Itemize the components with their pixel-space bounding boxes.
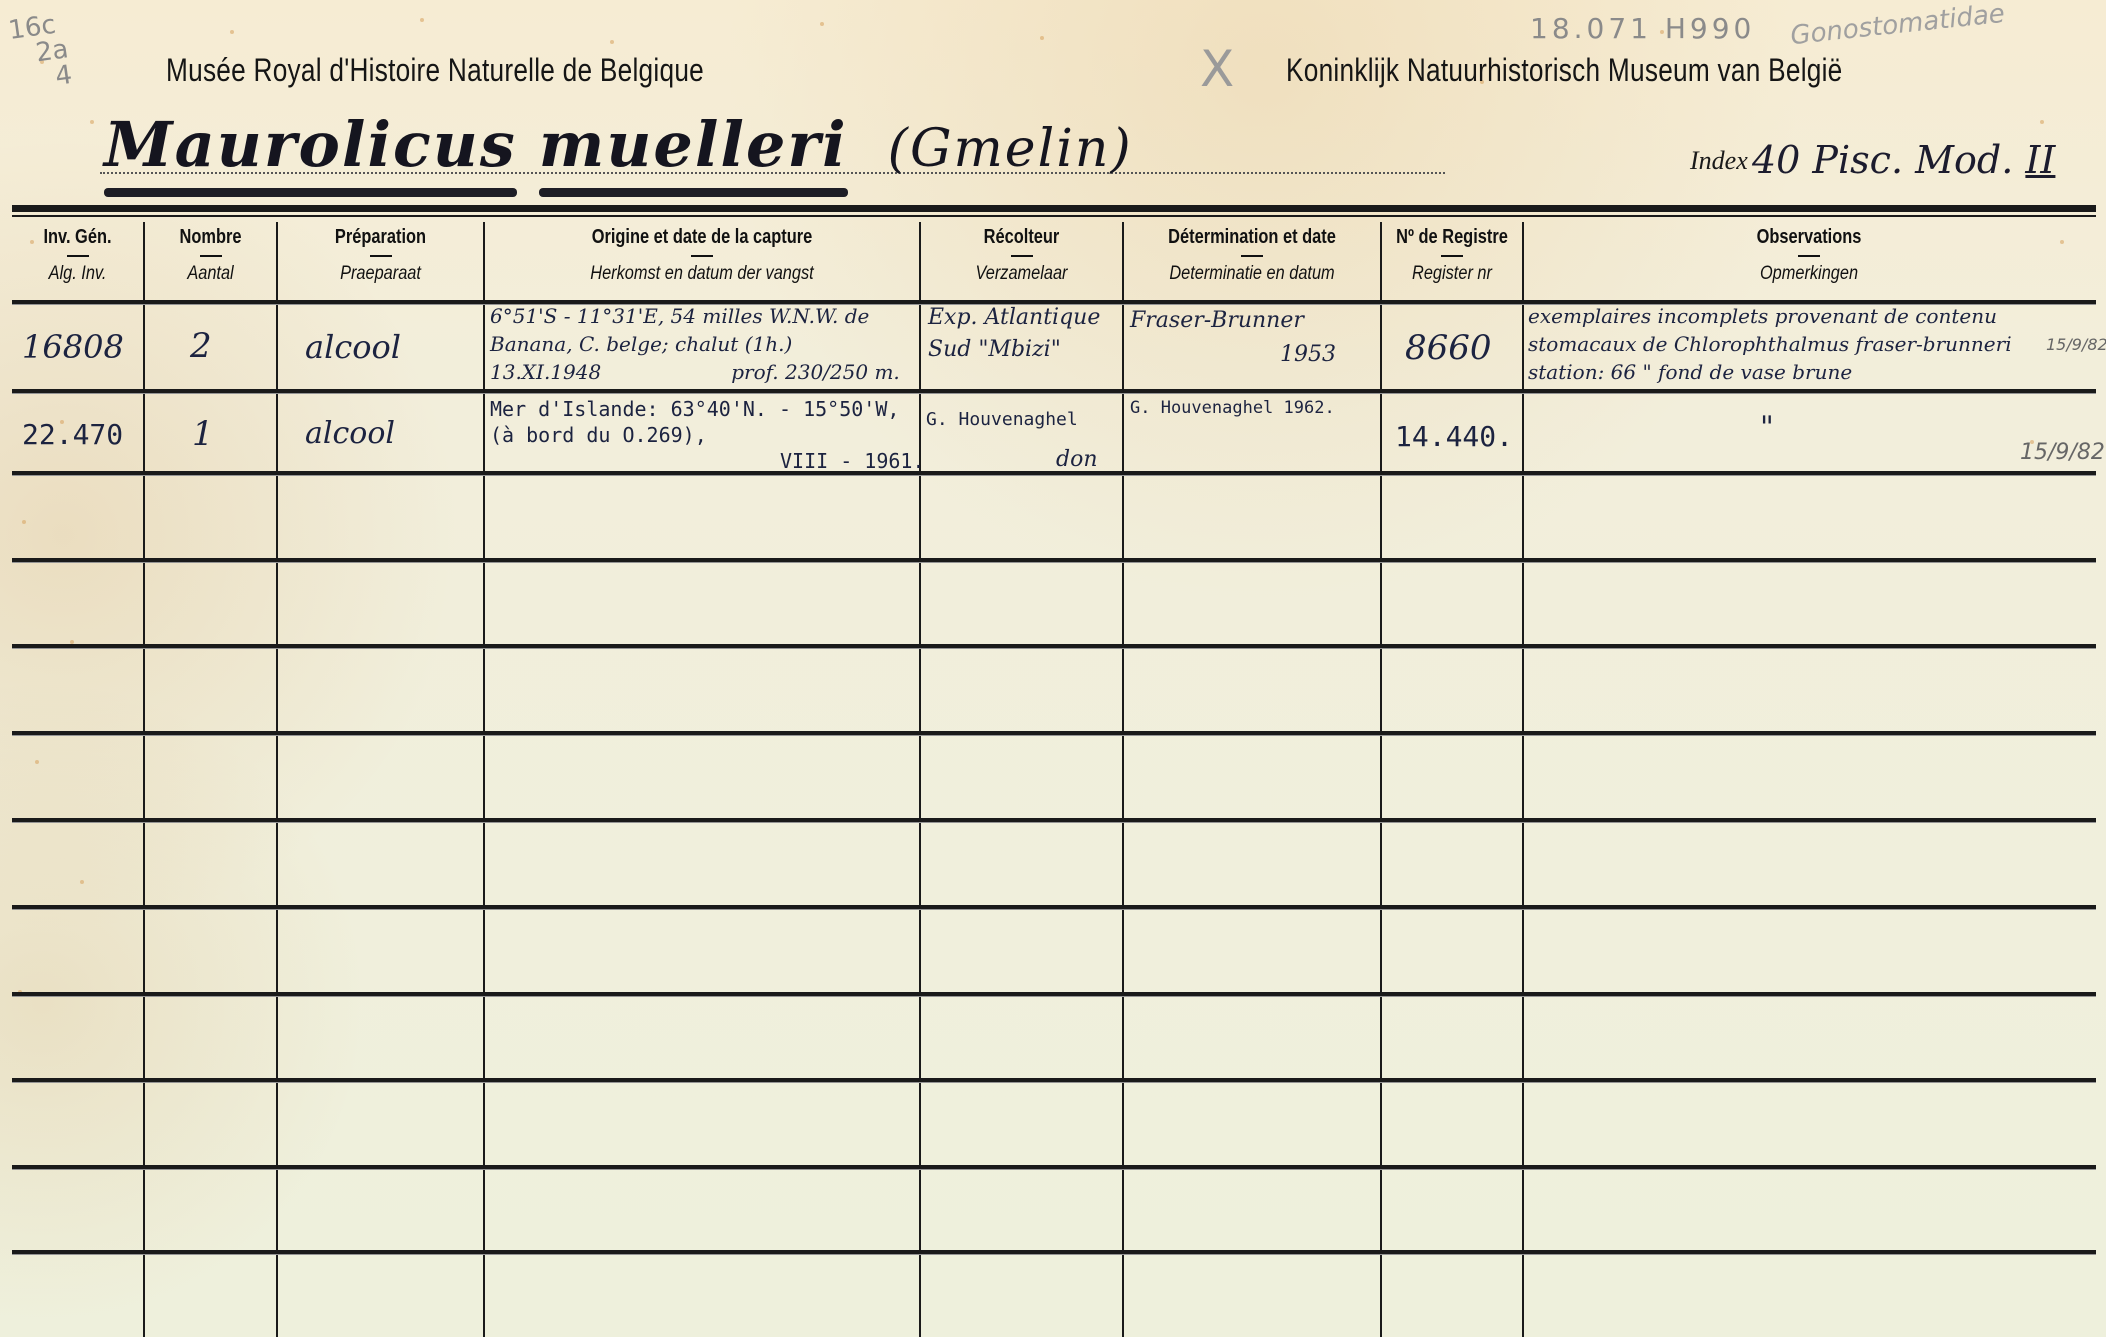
- header-thin-rule: [12, 215, 2096, 217]
- column-header-collector: RécolteurVerzamelaar: [921, 226, 1122, 298]
- row-rule: [12, 1165, 2096, 1170]
- pencil-family-name: Gonostomatidae: [1789, 0, 2006, 51]
- column-header-count: NombreAantal: [145, 226, 276, 298]
- row-rule: [12, 389, 2096, 394]
- species-epithet: muelleri: [539, 108, 848, 181]
- pencil-catalogue-number: 18.071 H990: [1530, 12, 1755, 45]
- row-rule: [12, 731, 2096, 736]
- row-rule: [12, 905, 2096, 910]
- row-rule: [12, 1078, 2096, 1083]
- row-rule: [12, 992, 2096, 997]
- index-label: Index: [1690, 146, 1748, 176]
- cell-inventory: 16808: [22, 328, 124, 366]
- species-genus: Maurolicus: [104, 108, 517, 181]
- cell-determination: Fraser-Brunner 1953: [1130, 304, 1336, 372]
- column-header-determination: Détermination et dateDeterminatie en dat…: [1124, 226, 1380, 298]
- cell-count: 2: [190, 326, 212, 366]
- observation-date-note: 15/9/82: [2046, 335, 2106, 354]
- pencil-shelf-code: 16c 2a 4: [7, 10, 74, 95]
- specimen-index-card: 16c 2a 4 X 18.071 H990 Gonostomatidae Mu…: [0, 0, 2106, 1337]
- cell-register: 14.440.: [1395, 420, 1513, 453]
- cell-determination: G. Houvenaghel 1962.: [1130, 398, 1335, 418]
- cell-register: 8660: [1405, 328, 1492, 368]
- cell-preparation: alcool: [305, 328, 401, 366]
- species-author: (Gmelin): [888, 119, 1133, 179]
- cell-origin: Mer d'Islande: 63°40'N. - 15°50'W, (à bo…: [490, 396, 925, 474]
- column-header-observations: ObservationsOpmerkingen: [1524, 226, 2094, 298]
- institution-name-nl: Koninklijk Natuurhistorisch Museum van B…: [1286, 52, 1843, 89]
- column-header-register: Nº de RegistreRegister nr: [1382, 226, 1522, 298]
- cell-collector: Exp. Atlantique Sud "Mbizi": [928, 302, 1100, 366]
- column-header-preparation: PréparationPraeparaat: [278, 226, 483, 298]
- row-rule: [12, 818, 2096, 823]
- row-rule: [12, 1250, 2096, 1255]
- column-header-origin: Origine et date de la captureHerkomst en…: [485, 226, 919, 298]
- index-value-suffix: II: [2025, 138, 2055, 182]
- row-rule: [12, 644, 2096, 649]
- cell-origin: 6°51'S - 11°31'E, 54 milles W.N.W. de Ba…: [490, 302, 900, 386]
- cell-observations: exemplaires incomplets provenant de cont…: [1528, 302, 2012, 386]
- pencil-x-mark: X: [1200, 40, 1234, 98]
- observation-date-note: 15/9/82: [2020, 440, 2105, 465]
- column-header-inventory: Inv. Gén.Alg. Inv.: [12, 226, 143, 298]
- cell-preparation: alcool: [305, 416, 395, 451]
- row-rule: [12, 558, 2096, 563]
- cell-observations: ": [1760, 410, 1774, 445]
- cell-inventory: 22.470: [22, 418, 123, 451]
- index-value: 40 Pisc. Mod. II: [1752, 138, 2055, 182]
- cell-count: 1: [192, 414, 214, 454]
- header-thick-rule: [12, 205, 2096, 212]
- species-name: Maurolicusmuelleri(Gmelin): [104, 108, 1133, 181]
- institution-name-fr: Musée Royal d'Histoire Naturelle de Belg…: [166, 52, 704, 89]
- cell-collector: G. Houvenaghel don: [926, 400, 1098, 480]
